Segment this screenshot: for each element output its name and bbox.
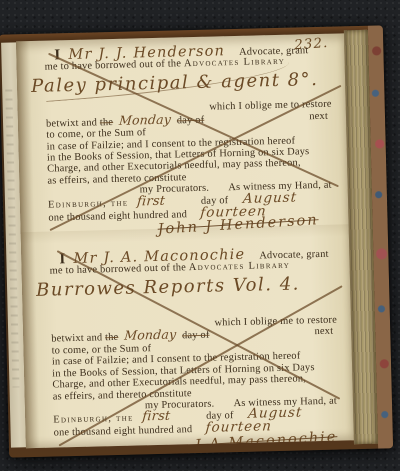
date-day-handwritten: first bbox=[142, 411, 201, 422]
next-text: next bbox=[309, 110, 336, 122]
borrow-entry-1: I Mr J. J. Henderson Advocate, grant me … bbox=[44, 40, 339, 238]
year-prefix-text: one thousand eight hundred and bbox=[54, 424, 193, 438]
edinburgh-text: Edinburgh, the bbox=[53, 413, 134, 426]
date-month-handwritten: August bbox=[243, 192, 298, 203]
borrowed-text: me to have borrowed out of the bbox=[45, 58, 182, 72]
weekday-handwritten: Monday bbox=[119, 114, 172, 125]
borrow-entry-2: I Mr J. A. Maconochie Advocate, grant me… bbox=[49, 243, 344, 448]
struck-day-of: day of bbox=[177, 115, 205, 127]
date-month-handwritten: August bbox=[248, 408, 303, 419]
date-year-handwritten: fourteen bbox=[205, 422, 272, 434]
struck-the: the bbox=[105, 332, 119, 343]
library-name: Advocates Library bbox=[189, 259, 290, 272]
photo-background: 232. I Mr J. J. Henderson Advocate, gran… bbox=[0, 0, 400, 471]
edinburgh-text: Edinburgh, the bbox=[48, 197, 129, 210]
date-day-handwritten: first bbox=[137, 196, 196, 207]
book: 232. I Mr J. J. Henderson Advocate, gran… bbox=[0, 25, 393, 457]
betwixt-text: betwixt and bbox=[46, 117, 97, 129]
weekday-handwritten: Monday bbox=[124, 330, 177, 341]
next-text: next bbox=[314, 326, 341, 338]
struck-day-of: day of bbox=[182, 330, 210, 342]
betwixt-text: betwixt and bbox=[51, 333, 102, 345]
library-name: Advocates Library bbox=[184, 56, 285, 69]
borrowed-text: me to have borrowed out of the bbox=[50, 262, 187, 276]
register-page: 232. I Mr J. J. Henderson Advocate, gran… bbox=[16, 33, 354, 448]
struck-the: the bbox=[100, 117, 114, 128]
